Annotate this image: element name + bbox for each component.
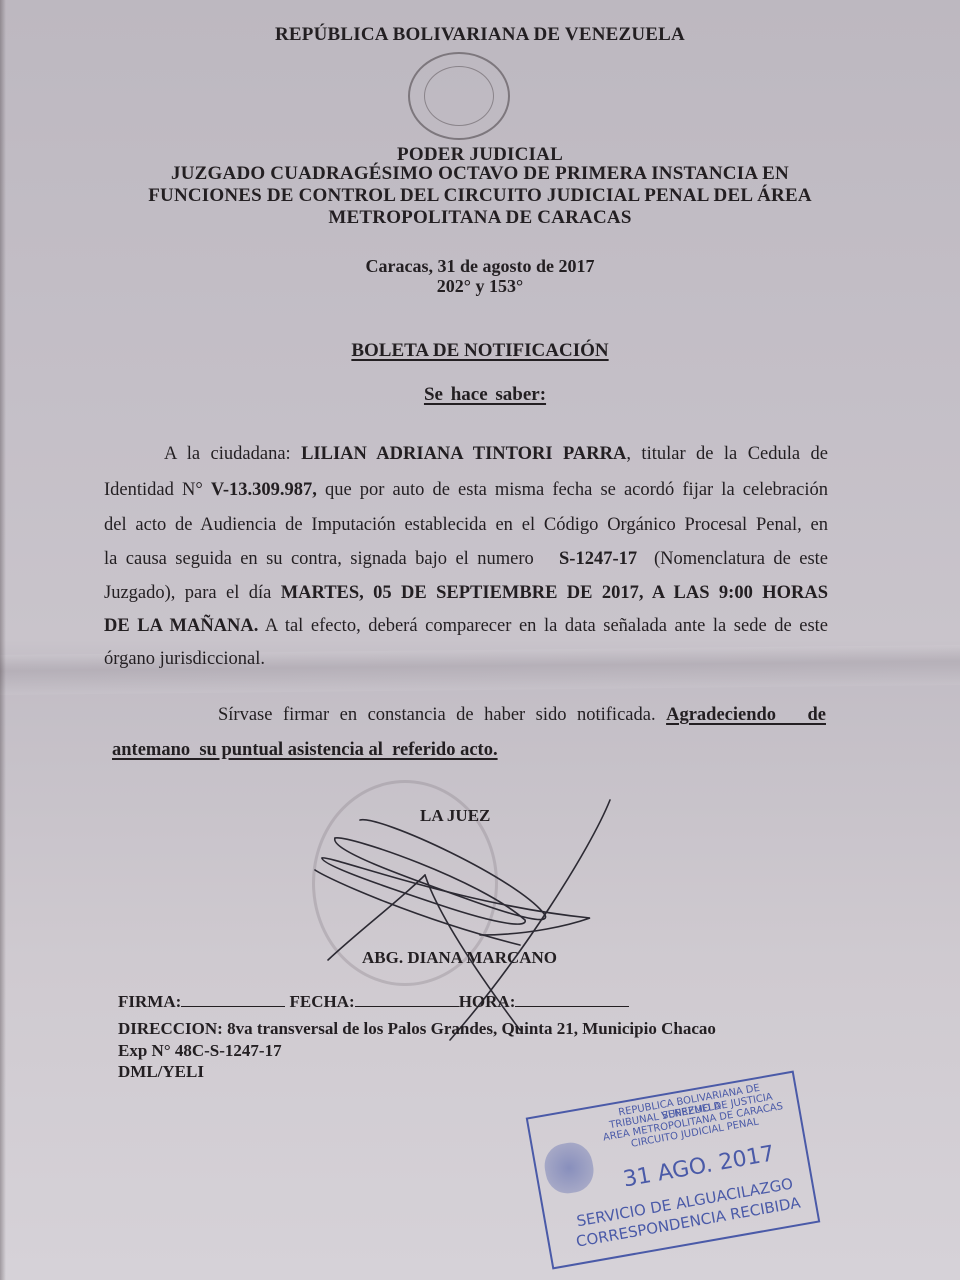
hearing-date: MARTES, 05 DE SEPTIEMBRE DE 2017, A LAS … — [281, 583, 828, 603]
document-subtitle: Se hace saber: — [424, 384, 546, 405]
court-line-1: JUZGADO CUADRAGÉSIMO OCTAVO DE PRIMERA I… — [0, 163, 960, 185]
fecha-blank — [355, 990, 459, 1007]
text: (Nomenclatura de este — [637, 549, 828, 569]
hearing-time: DE LA MAÑANA. — [104, 616, 258, 636]
document-title: BOLETA DE NOTIFICACIÓN — [351, 340, 608, 361]
place-date: Caracas, 31 de agosto de 2017 — [0, 256, 960, 277]
hora-label: HORA: — [459, 992, 516, 1011]
address: DIRECCION: 8va transversal de los Palos … — [118, 1019, 716, 1039]
text: A tal efecto, deberá comparecer en la da… — [258, 616, 828, 636]
received-stamp: REPUBLICA BOLIVARIANA DE VENEZUELA TRIBU… — [526, 1071, 821, 1270]
tribunal-supremo-seal-icon — [408, 52, 510, 140]
paragraph-1-line-2: Identidad N° V-13.309.987, que por auto … — [104, 481, 828, 500]
court-line-2: FUNCIONES DE CONTROL DEL CIRCUITO JUDICI… — [0, 185, 960, 207]
paragraph-1-line-7: órgano jurisdiccional. — [104, 650, 828, 669]
thanks-underlined: Agradeciendo de — [666, 705, 826, 725]
file-number: Exp N° 48C-S-1247-17 — [118, 1041, 282, 1061]
years: 202° y 153° — [0, 276, 960, 297]
footer-fields-row: FIRMA: FECHA:HORA: — [118, 990, 629, 1012]
paragraph-1-line-4: la causa seguida en su contra, signada b… — [104, 550, 828, 569]
identity-number: V-13.309.987, — [211, 480, 317, 500]
coat-of-arms-icon — [424, 66, 494, 126]
stamp-coat-of-arms-icon — [541, 1139, 597, 1197]
initials: DML/YELI — [118, 1062, 204, 1082]
paragraph-2-line-2: antemano su puntual asistencia al referi… — [112, 741, 836, 760]
court-line-3: METROPOLITANA DE CARACAS — [0, 207, 960, 229]
text: Sírvase firmar en constancia de haber si… — [218, 705, 666, 725]
country-heading: REPÚBLICA BOLIVARIANA DE VENEZUELA — [0, 24, 960, 46]
paragraph-1-line-5: Juzgado), para el día MARTES, 05 DE SEPT… — [104, 584, 828, 603]
firma-label: FIRMA: — [118, 992, 181, 1011]
text: Identidad N° — [104, 480, 211, 500]
paragraph-2-line-1: Sírvase firmar en constancia de haber si… — [104, 706, 826, 725]
text: la causa seguida en su contra, signada b… — [104, 549, 559, 569]
judge-role: LA JUEZ — [420, 806, 490, 826]
firma-blank — [181, 990, 285, 1007]
text: , titular de la Cedula de — [626, 444, 828, 464]
paragraph-1-line-1: A la ciudadana: LILIAN ADRIANA TINTORI P… — [104, 445, 828, 464]
hora-blank — [515, 990, 629, 1007]
case-number: S-1247-17 — [559, 549, 637, 569]
fecha-label: FECHA: — [290, 992, 355, 1011]
attendance-underlined: antemano su puntual asistencia al referi… — [112, 740, 498, 760]
text: A la ciudadana: — [164, 444, 301, 464]
text: Juzgado), para el día — [104, 583, 281, 603]
citizen-name: LILIAN ADRIANA TINTORI PARRA — [301, 444, 626, 464]
judge-name: ABG. DIANA MARCANO — [362, 948, 557, 968]
text: que por auto de esta misma fecha se acor… — [317, 480, 828, 500]
paragraph-1-line-6: DE LA MAÑANA. A tal efecto, deberá compa… — [104, 617, 828, 636]
paragraph-1-line-3: del acto de Audiencia de Imputación esta… — [104, 516, 828, 535]
